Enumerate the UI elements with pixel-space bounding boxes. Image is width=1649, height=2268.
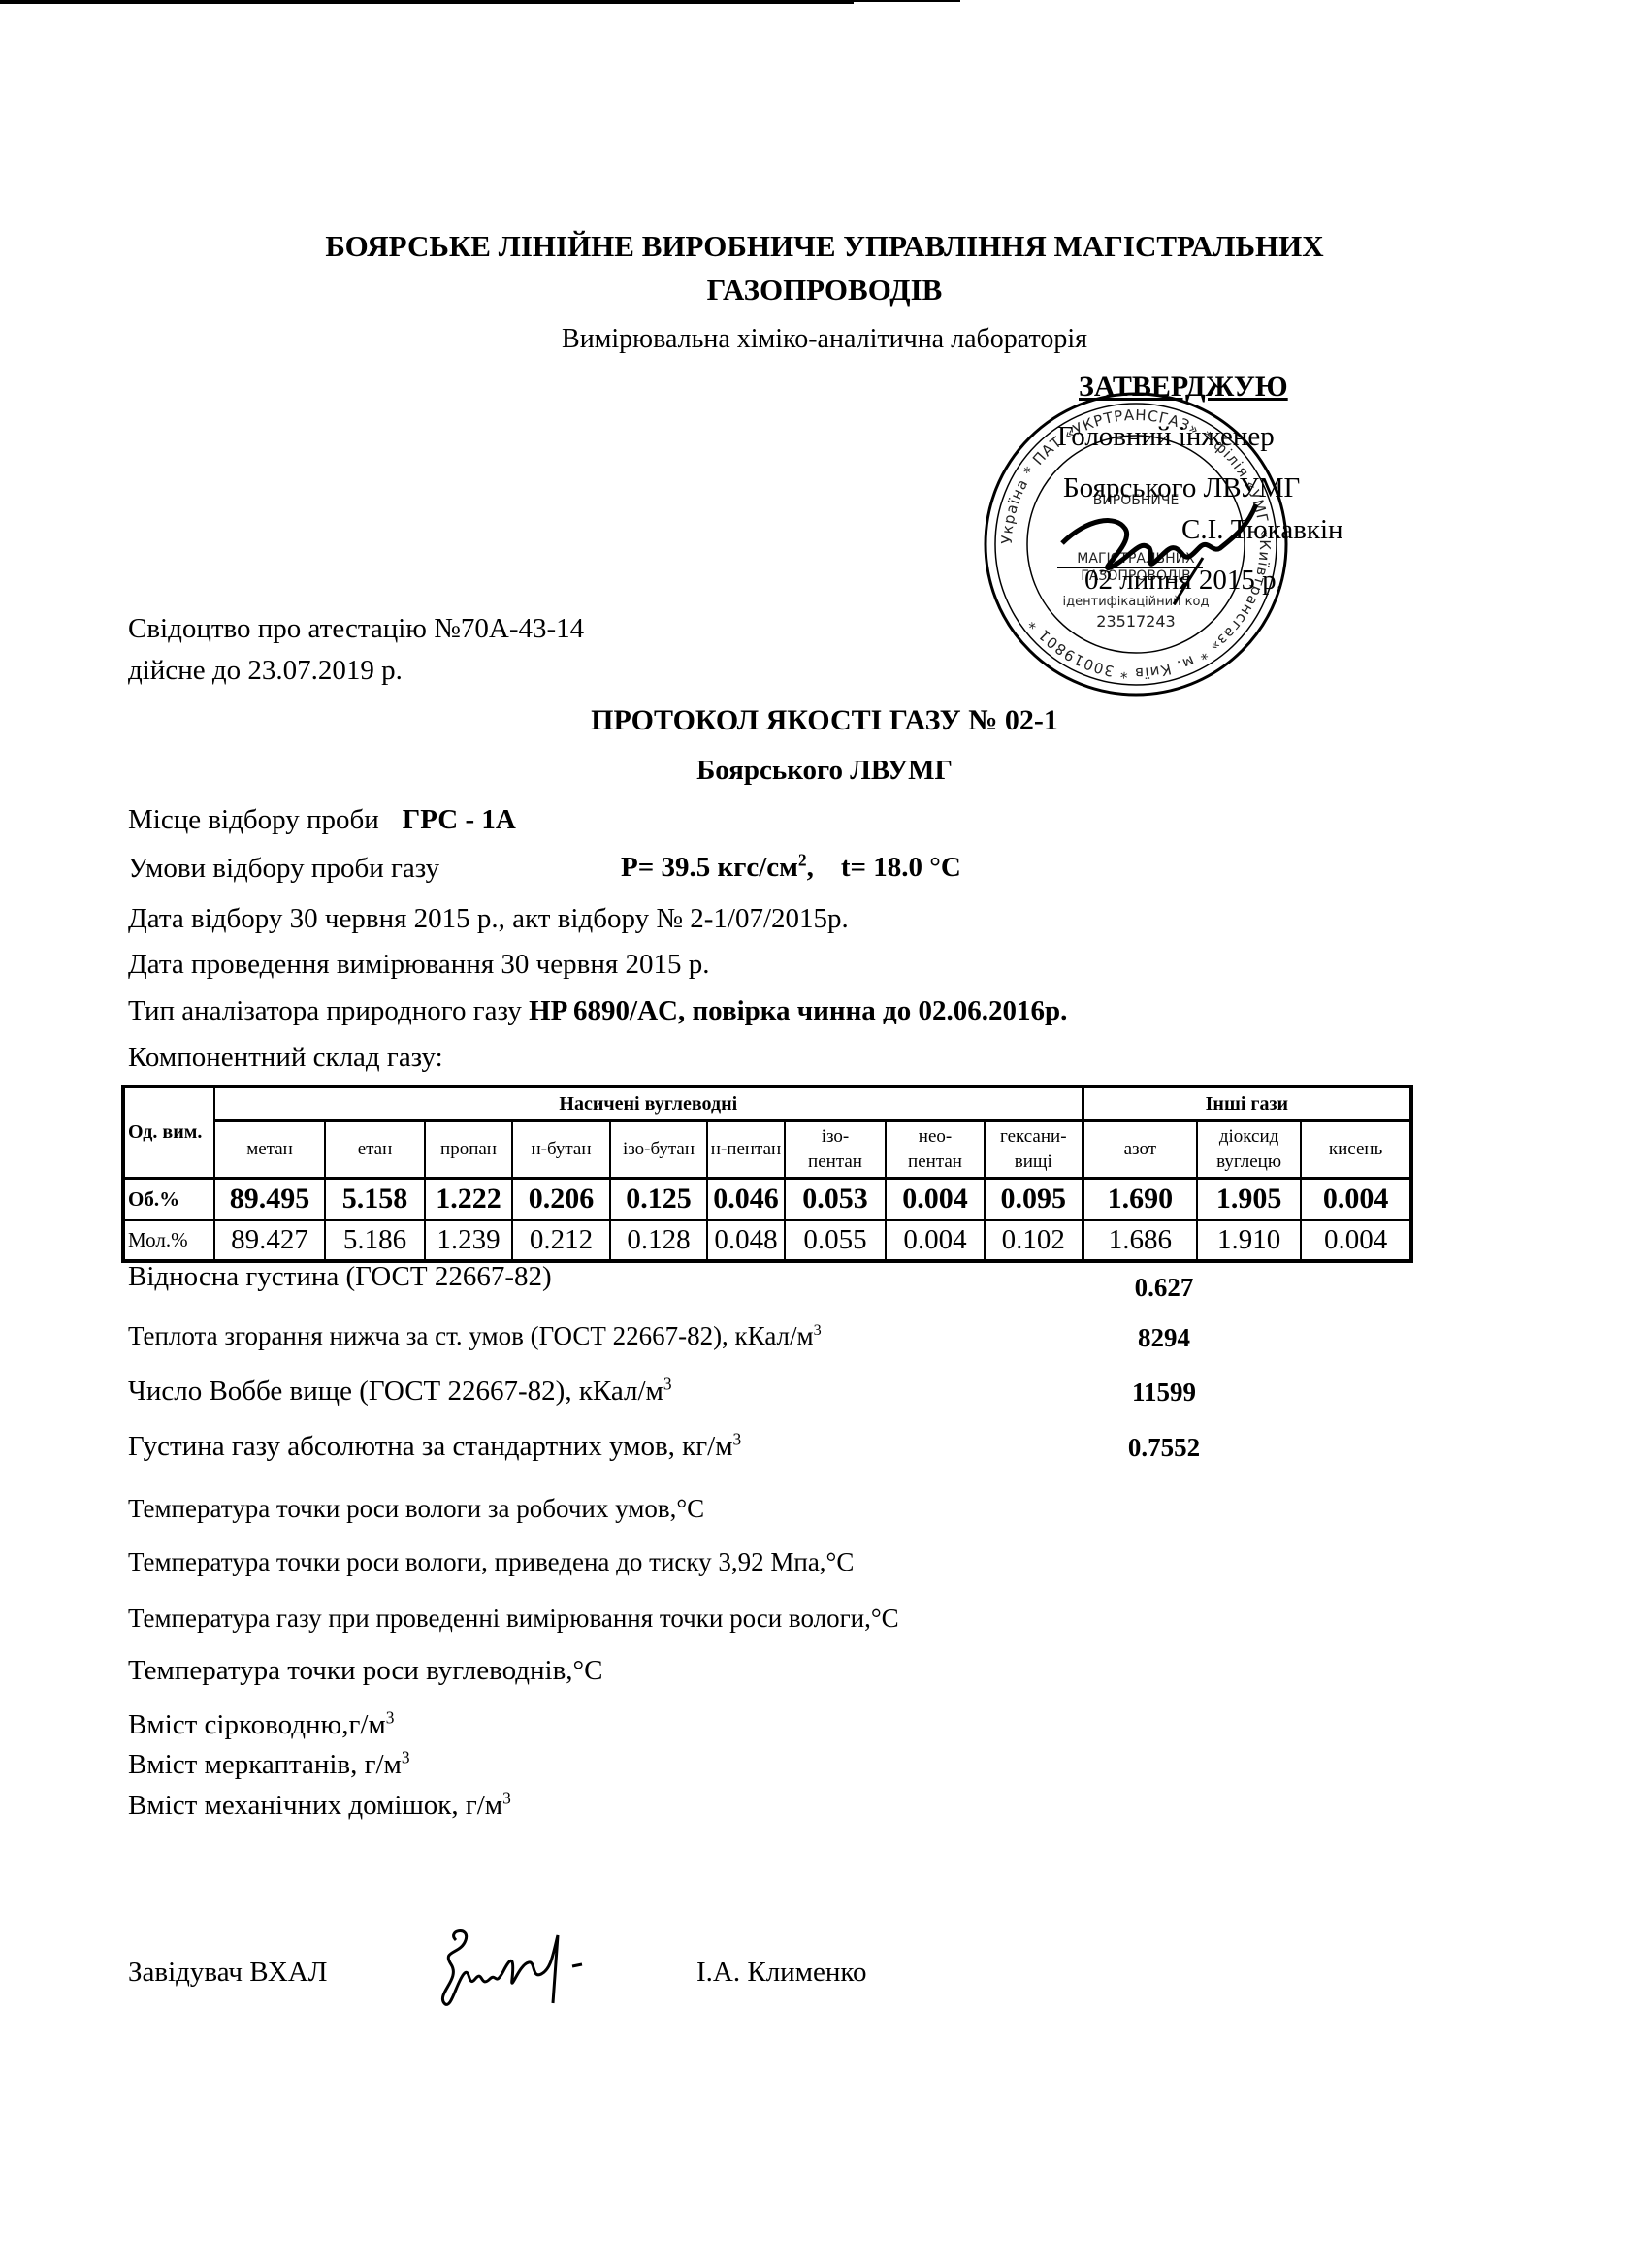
measurement-gas-temperature: Температура газу при проведенні вимірюва… [128, 1604, 899, 1634]
property-wobbe-index-value: 11599 [1096, 1377, 1232, 1408]
cell-value: 0.004 [1301, 1220, 1411, 1261]
cell-value: 1.239 [425, 1220, 512, 1261]
measurement-dew-point-working: Температура точки роси вологи за робочих… [128, 1494, 704, 1524]
sampling-conditions-label: Умови відбору проби газу [128, 853, 439, 885]
col-header-iso-butane: ізо-бутан [610, 1121, 707, 1179]
footer-name: І.А. Клименко [696, 1957, 867, 1989]
measurement-date: Дата проведення вимірювання 30 червня 20… [128, 949, 709, 981]
property-absolute-density: Густина газу абсолютна за стандартних ум… [128, 1431, 741, 1463]
col-header-propane: пропан [425, 1121, 512, 1179]
lab-head-signature-icon [427, 1926, 621, 2013]
engineer-signature-icon [1057, 500, 1271, 606]
col-header-oxygen: кисень [1301, 1121, 1411, 1179]
property-wobbe-index: Число Воббе вище (ГОСТ 22667-82), кКал/м… [128, 1376, 672, 1408]
approval-position: Головний інженер [1057, 421, 1275, 453]
measurement-dew-point-reduced: Температура точки роси вологи, приведена… [128, 1547, 854, 1577]
group-header-other-gases: Інші гази [1083, 1086, 1411, 1121]
cell-value: 0.048 [707, 1220, 785, 1261]
col-header-n-butane: н-бутан [512, 1121, 610, 1179]
cell-value: 0.053 [785, 1179, 886, 1220]
row-unit: Мол.% [123, 1220, 214, 1261]
cell-value: 0.206 [512, 1179, 610, 1220]
scan-edge-line [0, 0, 854, 4]
col-header-methane: метан [214, 1121, 325, 1179]
col-header-hexanes-higher: гексани-вищі [985, 1121, 1083, 1179]
cell-value: 0.125 [610, 1179, 707, 1220]
cell-value: 0.102 [985, 1220, 1083, 1261]
org-title-line2: ГАЗОПРОВОДІВ [0, 273, 1649, 308]
approval-title: ЗАТВЕРДЖУЮ [1079, 371, 1288, 404]
sampling-conditions-values: P= 39.5 кгс/см2,t= 18.0 °С [621, 852, 961, 884]
certificate-valid-until: дійсне до 23.07.2019 р. [128, 655, 403, 687]
row-unit: Об.% [123, 1179, 214, 1220]
sampling-place-value: ГРС - 1А [403, 804, 516, 835]
property-lower-heat-value: Теплота згорання нижча за ст. умов (ГОСТ… [128, 1321, 822, 1351]
sampling-place: Місце відбору пробиГРС - 1А [128, 804, 516, 836]
table-row-mole-percent: Мол.% 89.427 5.186 1.239 0.212 0.128 0.0… [123, 1220, 1411, 1261]
composition-label: Компонентний склад газу: [128, 1042, 443, 1074]
measurement-mercaptans: Вміст меркаптанів, г/м3 [128, 1749, 410, 1781]
cell-value: 0.055 [785, 1220, 886, 1261]
property-relative-density-value: 0.627 [1096, 1273, 1232, 1303]
col-header-carbon-dioxide: діоксидвуглецю [1197, 1121, 1301, 1179]
lab-subtitle: Вимірювальна хіміко-аналітична лаборатор… [0, 324, 1649, 355]
analyzer-label: Тип аналізатора природного газу [128, 995, 522, 1026]
property-lower-heat-value-value: 8294 [1096, 1323, 1232, 1353]
cell-value: 1.222 [425, 1179, 512, 1220]
table-row-volume-percent: Об.% 89.495 5.158 1.222 0.206 0.125 0.04… [123, 1179, 1411, 1220]
measurement-hydrogen-sulfide: Вміст сірководню,г/м3 [128, 1709, 394, 1741]
gas-composition-table: Од. вим. Насичені вуглеводні Інші гази м… [121, 1085, 1413, 1263]
measurement-mechanical-impurities: Вміст механічних домішок, г/м3 [128, 1790, 511, 1822]
cell-value: 5.186 [325, 1220, 425, 1261]
col-header-ethane: етан [325, 1121, 425, 1179]
col-header-neo-pentane: нео-пентан [886, 1121, 985, 1179]
cell-value: 89.495 [214, 1179, 325, 1220]
certificate-number: Свідоцтво про атестацію №70А-43-14 [128, 613, 584, 645]
cell-value: 0.095 [985, 1179, 1083, 1220]
pressure-value: P= 39.5 кгс/см [621, 852, 798, 883]
col-header-n-pentane: н-пентан [707, 1121, 785, 1179]
property-absolute-density-value: 0.7552 [1096, 1433, 1232, 1463]
col-header-iso-pentane: ізо-пентан [785, 1121, 886, 1179]
cell-value: 1.905 [1197, 1179, 1301, 1220]
cell-value: 0.004 [886, 1220, 985, 1261]
cell-value: 0.212 [512, 1220, 610, 1261]
svg-text:23517243: 23517243 [1096, 612, 1175, 631]
temperature-value: t= 18.0 °С [841, 852, 961, 883]
org-title-line1: БОЯРСЬКЕ ЛІНІЙНЕ ВИРОБНИЧЕ УПРАВЛІННЯ МА… [0, 229, 1649, 264]
group-header-saturated-hydrocarbons: Насичені вуглеводні [214, 1086, 1083, 1121]
analyzer-value: HP 6890/AC, повірка чинна до 02.06.2016р… [529, 995, 1067, 1026]
cell-value: 1.686 [1083, 1220, 1197, 1261]
cell-value: 0.004 [886, 1179, 985, 1220]
footer-position: Завідувач ВХАЛ [128, 1957, 327, 1989]
col-header-nitrogen: азот [1083, 1121, 1197, 1179]
cell-value: 5.158 [325, 1179, 425, 1220]
property-relative-density: Відносна густина (ГОСТ 22667-82) [128, 1261, 552, 1293]
cell-value: 0.004 [1301, 1179, 1411, 1220]
cell-value: 0.128 [610, 1220, 707, 1261]
analyzer-type: Тип аналізатора природного газу HP 6890/… [128, 995, 1067, 1027]
protocol-subtitle: Боярського ЛВУМГ [0, 755, 1649, 787]
scan-edge-line [854, 0, 960, 2]
unit-header: Од. вим. [123, 1086, 214, 1179]
pressure-unit-sup: 2 [798, 850, 807, 869]
cell-value: 1.910 [1197, 1220, 1301, 1261]
cell-value: 89.427 [214, 1220, 325, 1261]
sampling-place-label: Місце відбору проби [128, 804, 379, 835]
protocol-title: ПРОТОКОЛ ЯКОСТІ ГАЗУ № 02-1 [0, 704, 1649, 737]
measurement-hydrocarbon-dew-point: Температура точки роси вуглеводнів,°С [128, 1655, 602, 1687]
cell-value: 1.690 [1083, 1179, 1197, 1220]
cell-value: 0.046 [707, 1179, 785, 1220]
sampling-date: Дата відбору 30 червня 2015 р., акт відб… [128, 903, 849, 935]
pressure-suffix: , [807, 852, 814, 883]
